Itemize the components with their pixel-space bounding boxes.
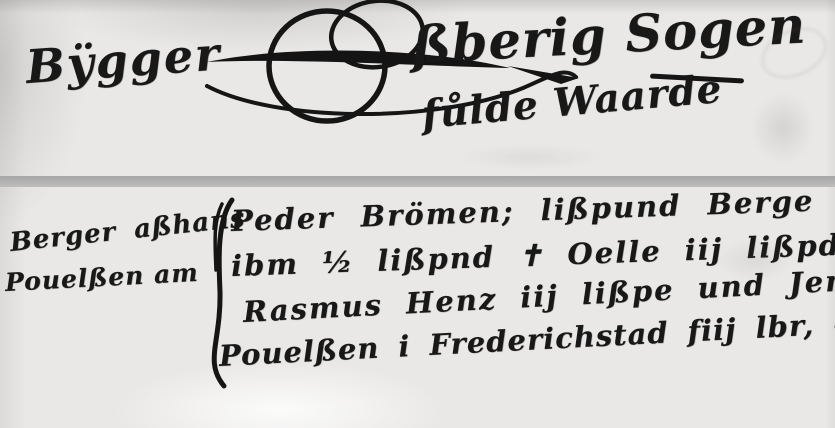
manuscript-page: Bÿgger ßberig Sogen fůlde Waarde Berger … [0,0,835,428]
entry-text-line-1: Peder Brömen; lißpund Berge [230,184,814,238]
margin-note-line-2: Pouelßen am [4,258,199,297]
column-heading-bygger: Bÿgger [24,26,223,94]
bleed-through-mark [430,140,630,174]
section-divider-band [0,176,835,187]
bleed-through-mark [738,78,828,178]
